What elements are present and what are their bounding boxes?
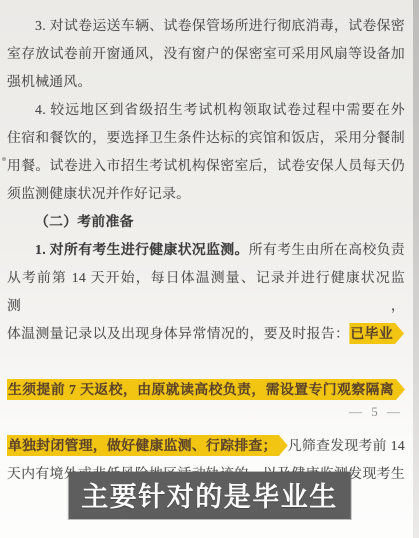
text-segment: 从考前第 14 天开始，每日体温测量、记录并进行健康状况监测， bbox=[7, 270, 405, 313]
text-segment: 4. 较远地区到省级招生考试机构领取试卷过程中需要在外 bbox=[35, 102, 405, 117]
text-line: 单独封闭管理，做好健康监测、行踪排查；凡筛查发现考前 14 bbox=[7, 432, 405, 460]
text-line: 住宿和餐饮的，要选择卫生条件达标的宾馆和饭店，采用分餐制 bbox=[7, 124, 405, 152]
paper-speck bbox=[2, 157, 6, 161]
text-segment: 凡筛查发现考前 14 bbox=[288, 438, 405, 453]
subtitle-text: 主要针对的是毕业生 bbox=[81, 482, 338, 512]
text-line: 室存放试卷前开窗通风，没有窗户的保密室可采用风扇等设备加 bbox=[7, 40, 405, 68]
video-frame: 3. 对试卷运送车辆、试卷保管场所进行彻底消毒，试卷保密室存放试卷前开窗通风，没… bbox=[0, 0, 419, 538]
text-line: 1. 对所有考生进行健康状况监测。所有考生由所在高校负责 bbox=[7, 236, 405, 264]
text-segment: 强机械通风。 bbox=[7, 74, 92, 89]
text-segment: 用餐。试卷进入市招生考试机构保密室后，试卷安保人员每天仍 bbox=[7, 158, 405, 173]
text-segment: 所有考生由所在高校负责 bbox=[249, 242, 405, 257]
highlighted-text: 生须提前 7 天返校，由原就读高校负责，需设置专门观察隔离区、 bbox=[7, 379, 405, 428]
text-line: 生须提前 7 天返校，由原就读高校负责，需设置专门观察隔离区、 bbox=[7, 376, 405, 432]
text-line: 须监测健康状况并作好记录。 bbox=[7, 180, 405, 208]
text-line: （二）考前准备 bbox=[7, 208, 405, 236]
text-segment: 须监测健康状况并作好记录。 bbox=[7, 186, 190, 201]
subtitle-bar: 主要针对的是毕业生 bbox=[68, 472, 351, 519]
text-segment: 住宿和餐饮的，要选择卫生条件达标的宾馆和饭店，采用分餐制 bbox=[7, 130, 405, 145]
text-segment: （二）考前准备 bbox=[35, 214, 134, 229]
text-segment: 室存放试卷前开窗通风，没有窗户的保密室可采用风扇等设备加 bbox=[7, 46, 405, 61]
document-text: 3. 对试卷运送车辆、试卷保管场所进行彻底消毒，试卷保密室存放试卷前开窗通风，没… bbox=[7, 12, 405, 488]
highlighted-text: 单独封闭管理，做好健康监测、行踪排查； bbox=[7, 435, 288, 456]
page-edge-shadow bbox=[413, 0, 419, 538]
text-line: 强机械通风。 bbox=[7, 68, 405, 96]
page-number: — 5 — bbox=[349, 404, 403, 420]
text-line: 体温测量记录以及出现身体异常情况的，要及时报告：已毕业考 bbox=[7, 320, 405, 376]
text-line: 3. 对试卷运送车辆、试卷保管场所进行彻底消毒，试卷保密 bbox=[7, 12, 405, 40]
text-line: 从考前第 14 天开始，每日体温测量、记录并进行健康状况监测， bbox=[7, 264, 405, 320]
text-segment: 3. 对试卷运送车辆、试卷保管场所进行彻底消毒，试卷保密 bbox=[35, 18, 405, 33]
text-segment: 1. 对所有考生进行健康状况监测。 bbox=[35, 242, 249, 257]
text-line: 用餐。试卷进入市招生考试机构保密室后，试卷安保人员每天仍 bbox=[7, 152, 405, 180]
text-segment: 体温测量记录以及出现身体异常情况的，要及时报告： bbox=[7, 326, 349, 341]
text-line: 4. 较远地区到省级招生考试机构领取试卷过程中需要在外 bbox=[7, 96, 405, 124]
